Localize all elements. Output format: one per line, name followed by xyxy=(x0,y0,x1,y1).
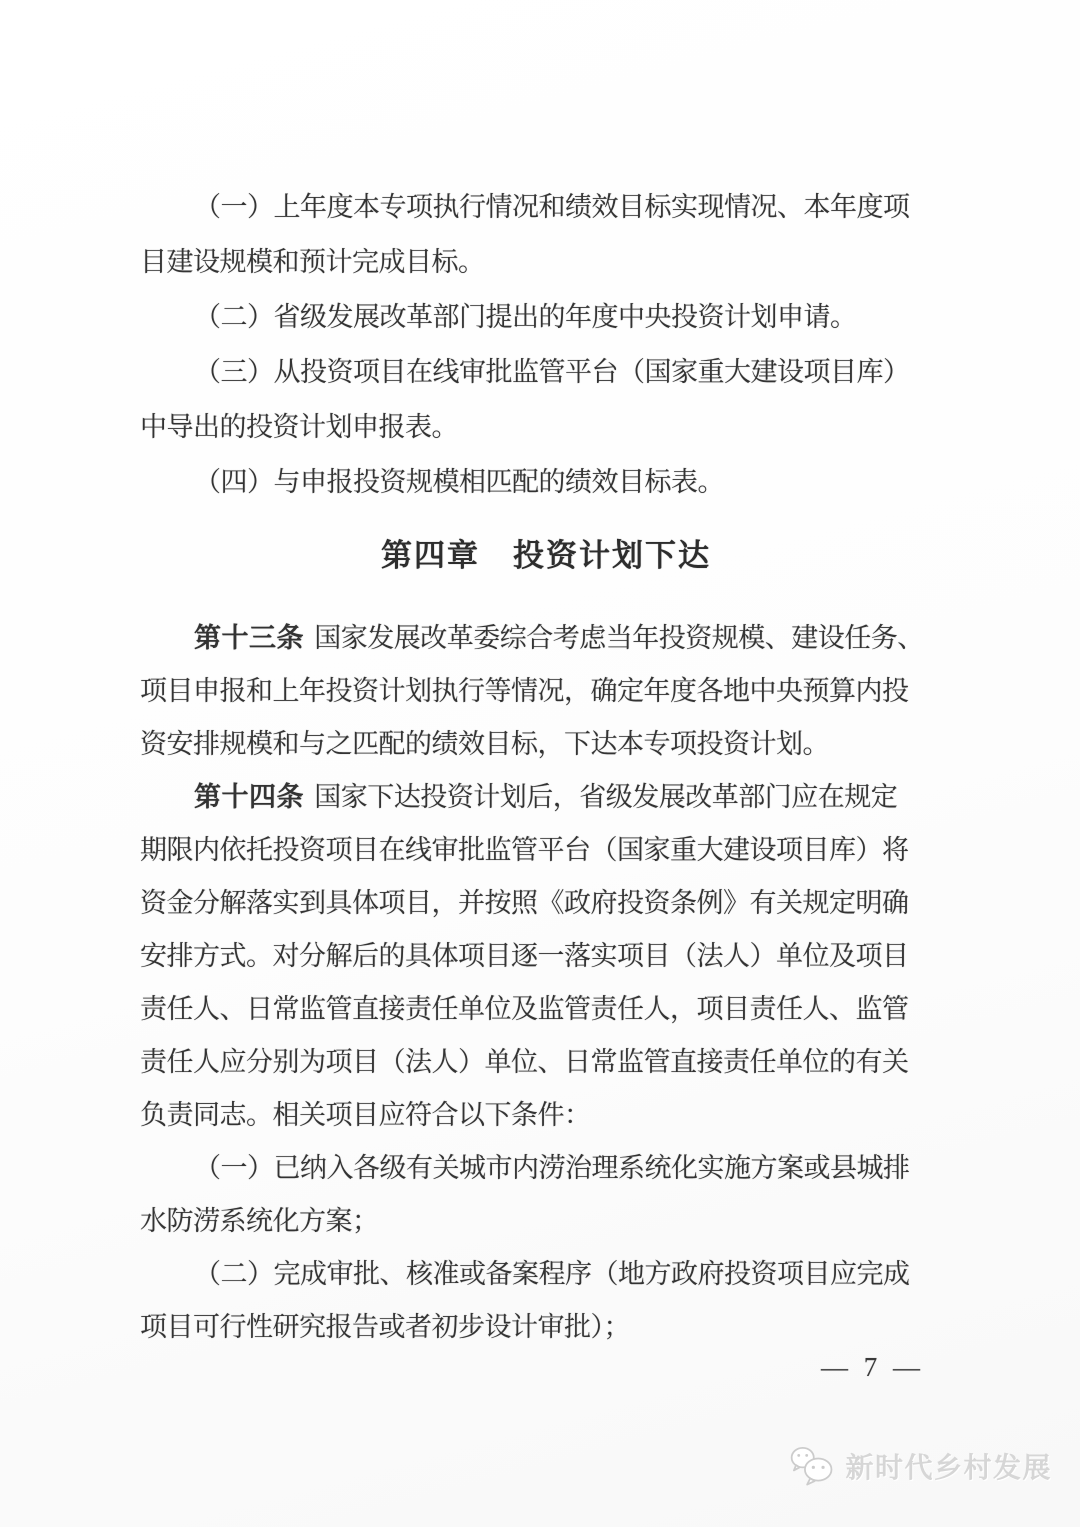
line-text: 资安排规模和与之匹配的绩效目标，下达本专项投资计划。 xyxy=(140,729,829,759)
line-text: 资金分解落实到具体项目，并按照《政府投资条例》有关规定明确 xyxy=(140,888,909,918)
line-text: 水防涝系统化方案； xyxy=(140,1206,379,1236)
body-line: 项目可行性研究报告或者初步设计审批）； xyxy=(140,1301,952,1354)
body-line: 水防涝系统化方案； xyxy=(140,1195,952,1248)
page-number: — 7 — xyxy=(0,1352,1080,1383)
body-line: 目建设规模和预计完成目标。 xyxy=(140,235,952,290)
line-text: 责任人应分别为项目（法人）单位、日常监管直接责任单位的有关 xyxy=(140,1047,909,1077)
body-line: （三）从投资项目在线审批监管平台（国家重大建设项目库） xyxy=(140,345,952,400)
line-text: 国家发展改革委综合考虑当年投资规模、建设任务、 xyxy=(314,623,924,653)
body-line: 期限内依托投资项目在线审批监管平台（国家重大建设项目库）将 xyxy=(140,824,952,877)
document-page: （一）上年度本专项执行情况和绩效目标实现情况、本年度项 目建设规模和预计完成目标… xyxy=(0,0,1080,1527)
line-text: 目建设规模和预计完成目标。 xyxy=(140,247,485,277)
line-text: （三）从投资项目在线审批监管平台（国家重大建设项目库） xyxy=(194,357,910,387)
body-line: 责任人应分别为项目（法人）单位、日常监管直接责任单位的有关 xyxy=(140,1036,952,1089)
line-text: 负责同志。相关项目应符合以下条件： xyxy=(140,1100,591,1130)
line-text: （四）与申报投资规模相匹配的绩效目标表。 xyxy=(194,467,724,497)
clauses-section: （一）上年度本专项执行情况和绩效目标实现情况、本年度项 目建设规模和预计完成目标… xyxy=(140,180,952,510)
body-line: （一）已纳入各级有关城市内涝治理系统化实施方案或县城排 xyxy=(140,1142,952,1195)
line-text: （一）上年度本专项执行情况和绩效目标实现情况、本年度项 xyxy=(194,192,910,222)
line-text: 项目申报和上年投资计划执行等情况，确定年度各地中央预算内投 xyxy=(140,676,909,706)
body-line: 负责同志。相关项目应符合以下条件： xyxy=(140,1089,952,1142)
account-name: 新时代乡村发展 xyxy=(845,1446,1052,1486)
article-number: 第十三条 xyxy=(194,623,304,653)
body-line: （二）省级发展改革部门提出的年度中央投资计划申请。 xyxy=(140,290,952,345)
body-line: 第十三条国家发展改革委综合考虑当年投资规模、建设任务、 xyxy=(140,612,952,665)
body-line: （二）完成审批、核准或备案程序（地方政府投资项目应完成 xyxy=(140,1248,952,1301)
line-text: 责任人、日常监管直接责任单位及监管责任人，项目责任人、监管 xyxy=(140,994,909,1024)
chapter-heading: 第四章 投资计划下达 xyxy=(140,536,952,576)
wechat-icon xyxy=(789,1444,835,1488)
body-line: （一）上年度本专项执行情况和绩效目标实现情况、本年度项 xyxy=(140,180,952,235)
line-text: （一）已纳入各级有关城市内涝治理系统化实施方案或县城排 xyxy=(194,1153,910,1183)
document-body: （一）上年度本专项执行情况和绩效目标实现情况、本年度项 目建设规模和预计完成目标… xyxy=(140,180,952,1354)
line-text: 中导出的投资计划申报表。 xyxy=(140,412,458,442)
line-text: （二）省级发展改革部门提出的年度中央投资计划申请。 xyxy=(194,302,857,332)
body-line: 第十四条国家下达投资计划后，省级发展改革部门应在规定 xyxy=(140,771,952,824)
wechat-watermark: 新时代乡村发展 xyxy=(789,1444,1052,1488)
body-line: 中导出的投资计划申报表。 xyxy=(140,400,952,455)
body-line: （四）与申报投资规模相匹配的绩效目标表。 xyxy=(140,455,952,510)
line-text: （二）完成审批、核准或备案程序（地方政府投资项目应完成 xyxy=(194,1259,910,1289)
body-line: 责任人、日常监管直接责任单位及监管责任人，项目责任人、监管 xyxy=(140,983,952,1036)
body-line: 资金分解落实到具体项目，并按照《政府投资条例》有关规定明确 xyxy=(140,877,952,930)
article-number: 第十四条 xyxy=(194,782,304,812)
body-line: 安排方式。对分解后的具体项目逐一落实项目（法人）单位及项目 xyxy=(140,930,952,983)
line-text: 国家下达投资计划后，省级发展改革部门应在规定 xyxy=(314,782,897,812)
articles-section: 第十三条国家发展改革委综合考虑当年投资规模、建设任务、 项目申报和上年投资计划执… xyxy=(140,612,952,1354)
line-text: 项目可行性研究报告或者初步设计审批）； xyxy=(140,1312,630,1342)
line-text: 期限内依托投资项目在线审批监管平台（国家重大建设项目库）将 xyxy=(140,835,909,865)
body-line: 项目申报和上年投资计划执行等情况，确定年度各地中央预算内投 xyxy=(140,665,952,718)
body-line: 资安排规模和与之匹配的绩效目标，下达本专项投资计划。 xyxy=(140,718,952,771)
line-text: 安排方式。对分解后的具体项目逐一落实项目（法人）单位及项目 xyxy=(140,941,909,971)
